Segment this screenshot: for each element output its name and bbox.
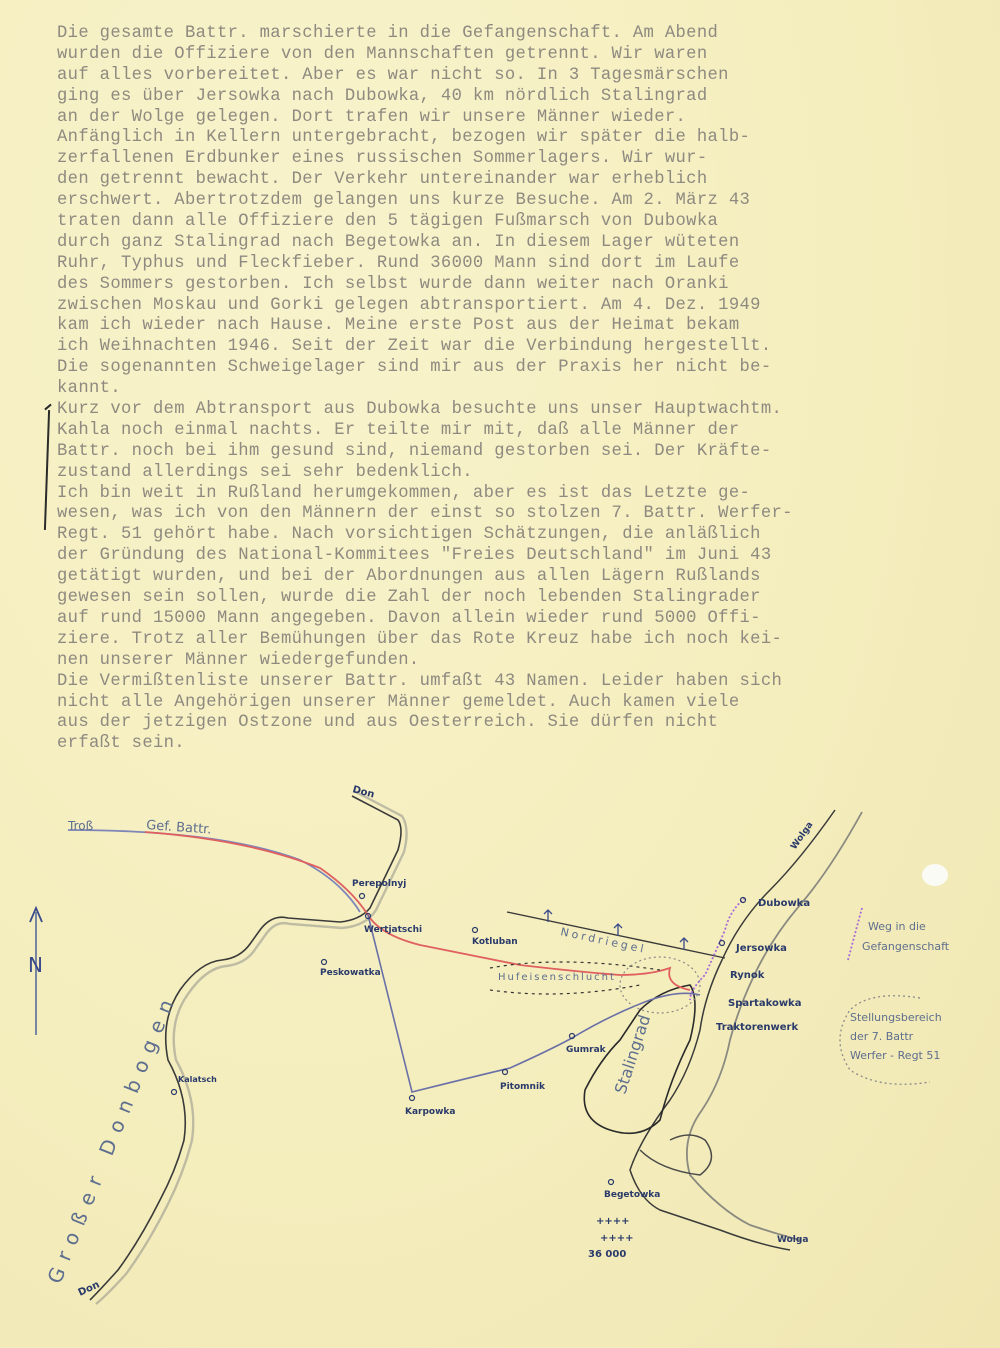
place-gumrak: Gumrak: [566, 1034, 607, 1056]
place-begetowka: Begetowka: [604, 1180, 660, 1201]
typed-line: des Sommers gestorben. Ich selbst wurde …: [57, 275, 977, 296]
place-jersowka: Jersowka: [720, 941, 787, 955]
hand-drawn-map: Stalingrad Nordriegel Hufeisenschlucht N: [0, 770, 1000, 1348]
typed-line: traten dann alle Offiziere den 5 tägigen…: [57, 212, 977, 233]
label-dubowka: Dubowka: [758, 898, 810, 909]
label-rynok: Rynok: [730, 970, 765, 981]
label-peskowatka: Peskowatka: [320, 968, 381, 978]
label-perepolnyj: Perepolnyj: [352, 879, 406, 889]
legend-battery-position: Stellungsbereich der 7. Battr Werfer - R…: [840, 996, 942, 1085]
typed-line: kam ich wieder nach Hause. Meine erste P…: [57, 316, 977, 337]
graves-count: 36 000: [588, 1249, 626, 1260]
typed-line: Die gesamte Battr. marschierte in die Ge…: [57, 24, 977, 45]
place-wertjatschi: Wertjatschi: [364, 914, 422, 936]
label-stalingrad: Stalingrad: [611, 1012, 654, 1096]
typed-line: gewesen sein sollen, wurde die Zahl der …: [57, 588, 977, 609]
typed-line: zerfallenen Erdbunker eines russischen S…: [57, 149, 977, 170]
label-nordriegel: Nordriegel: [559, 925, 647, 956]
label-tross: Troß: [67, 819, 94, 833]
label-don-south: Don: [77, 1279, 102, 1298]
typed-line: erfaßt sein.: [57, 734, 977, 755]
typed-line: Battr. noch bei ihm gesund sind, niemand…: [57, 442, 977, 463]
label-wolga-north: Wolga: [789, 820, 815, 851]
typed-line: nicht alle Angehörigen unserer Männer ge…: [57, 693, 977, 714]
typed-line: erschwert. Abertrotzdem gelangen uns kur…: [57, 191, 977, 212]
hufeisenschlucht: Hufeisenschlucht: [490, 962, 660, 994]
legend-position-line-1: Stellungsbereich: [850, 1011, 942, 1024]
typed-line: ziere. Trotz aller Bemühungen über das R…: [57, 630, 977, 651]
typed-line: Die sogenannten Schweigelager sind mir a…: [57, 358, 977, 379]
label-wertjatschi: Wertjatschi: [364, 925, 422, 935]
place-karpowka: Karpowka: [405, 1096, 455, 1118]
margin-mark-line: [44, 410, 50, 530]
document-page: Die gesamte Battr. marschierte in die Ge…: [0, 0, 1000, 1348]
label-pitomnik: Pitomnik: [500, 1082, 546, 1092]
legend-position-line-3: Werfer - Regt 51: [850, 1049, 940, 1062]
place-peskowatka: Peskowatka: [320, 960, 381, 979]
label-kotluban: Kotluban: [472, 937, 518, 947]
typed-line: Regt. 51 gehört habe. Nach vorsichtigen …: [57, 525, 977, 546]
typed-line: kannt.: [57, 379, 977, 400]
label-traktorenwerk: Traktorenwerk: [716, 1022, 798, 1033]
place-pitomnik: Pitomnik: [500, 1070, 546, 1093]
typed-line: der Gründung des National-Kommitees "Fre…: [57, 546, 977, 567]
place-kotluban: Kotluban: [472, 928, 518, 948]
typed-line: den getrennt bewacht. Der Verkehr untere…: [57, 170, 977, 191]
typed-line: wurden die Offiziere von den Mannschafte…: [57, 45, 977, 66]
typed-line: Kurz vor dem Abtransport aus Dubowka bes…: [57, 400, 977, 421]
place-perepolnyj: Perepolnyj: [352, 879, 406, 899]
typed-line: an der Wolge gelegen. Dort trafen wir un…: [57, 108, 977, 129]
typed-line: wesen, was ich von den Männern der einst…: [57, 504, 977, 525]
label-gef-battr: Gef. Battr.: [146, 818, 212, 838]
label-wolga-south: Wolga: [777, 1235, 808, 1245]
stalingrad-city: Stalingrad: [584, 985, 695, 1133]
north-arrow-icon: N: [28, 908, 43, 1035]
typed-line: ging es über Jersowka nach Dubowka, 40 k…: [57, 87, 977, 108]
typed-line: durch ganz Stalingrad nach Begetowka an.…: [57, 233, 977, 254]
typed-line: Anfänglich in Kellern untergebracht, bez…: [57, 128, 977, 149]
typed-line: auf rund 15000 Mann angegeben. Davon all…: [57, 609, 977, 630]
typed-line: Kahla noch einmal nachts. Er teilte mir …: [57, 421, 977, 442]
typed-line: Ruhr, Typhus und Fleckfieber. Rund 36000…: [57, 254, 977, 275]
compass-label: N: [28, 953, 43, 977]
label-spartakowka: Spartakowka: [728, 998, 801, 1009]
typed-line: Ich bin weit in Rußland herumgekommen, a…: [57, 484, 977, 505]
label-gumrak: Gumrak: [566, 1045, 607, 1055]
nordriegel-line: Nordriegel: [507, 910, 725, 958]
typed-line: zustand allerdings sei sehr bedenklich.: [57, 463, 977, 484]
place-dubowka: Dubowka: [741, 898, 811, 910]
legend-captivity-path: Weg in die Gefangenschaft: [848, 908, 950, 960]
typewritten-text: Die gesamte Battr. marschierte in die Ge…: [57, 24, 977, 755]
typed-line: nen unserer Männer wiedergefunden.: [57, 651, 977, 672]
graves-row-1: ++++: [596, 1216, 630, 1227]
label-kalatsch: Kalatsch: [178, 1075, 217, 1084]
graves-row-2: ++++: [600, 1233, 634, 1244]
legend-path-line-1: Weg in die: [868, 920, 926, 933]
label-jersowka: Jersowka: [735, 943, 787, 954]
typed-line: auf alles vorbereitet. Aber es war nicht…: [57, 66, 977, 87]
graves-marker: ++++ ++++ 36 000: [588, 1216, 634, 1260]
label-grosser-donbogen: Großer Donbogen: [42, 988, 181, 1287]
typed-line: getätigt wurden, und bei der Abordnungen…: [57, 567, 977, 588]
typed-line: Die Vermißtenliste unserer Battr. umfaßt…: [57, 672, 977, 693]
typed-line: zwischen Moskau und Gorki gelegen abtran…: [57, 296, 977, 317]
legend-path-line-2: Gefangenschaft: [862, 940, 950, 953]
typed-line: ich Weihnachten 1946. Seit der Zeit war …: [57, 337, 977, 358]
legend-position-line-2: der 7. Battr: [850, 1030, 914, 1043]
label-karpowka: Karpowka: [405, 1107, 455, 1117]
tross-route: [68, 830, 360, 912]
label-begetowka: Begetowka: [604, 1190, 660, 1200]
label-hufeisenschlucht: Hufeisenschlucht: [498, 972, 616, 983]
typed-line: aus der jetzigen Ostzone und aus Oesterr…: [57, 713, 977, 734]
